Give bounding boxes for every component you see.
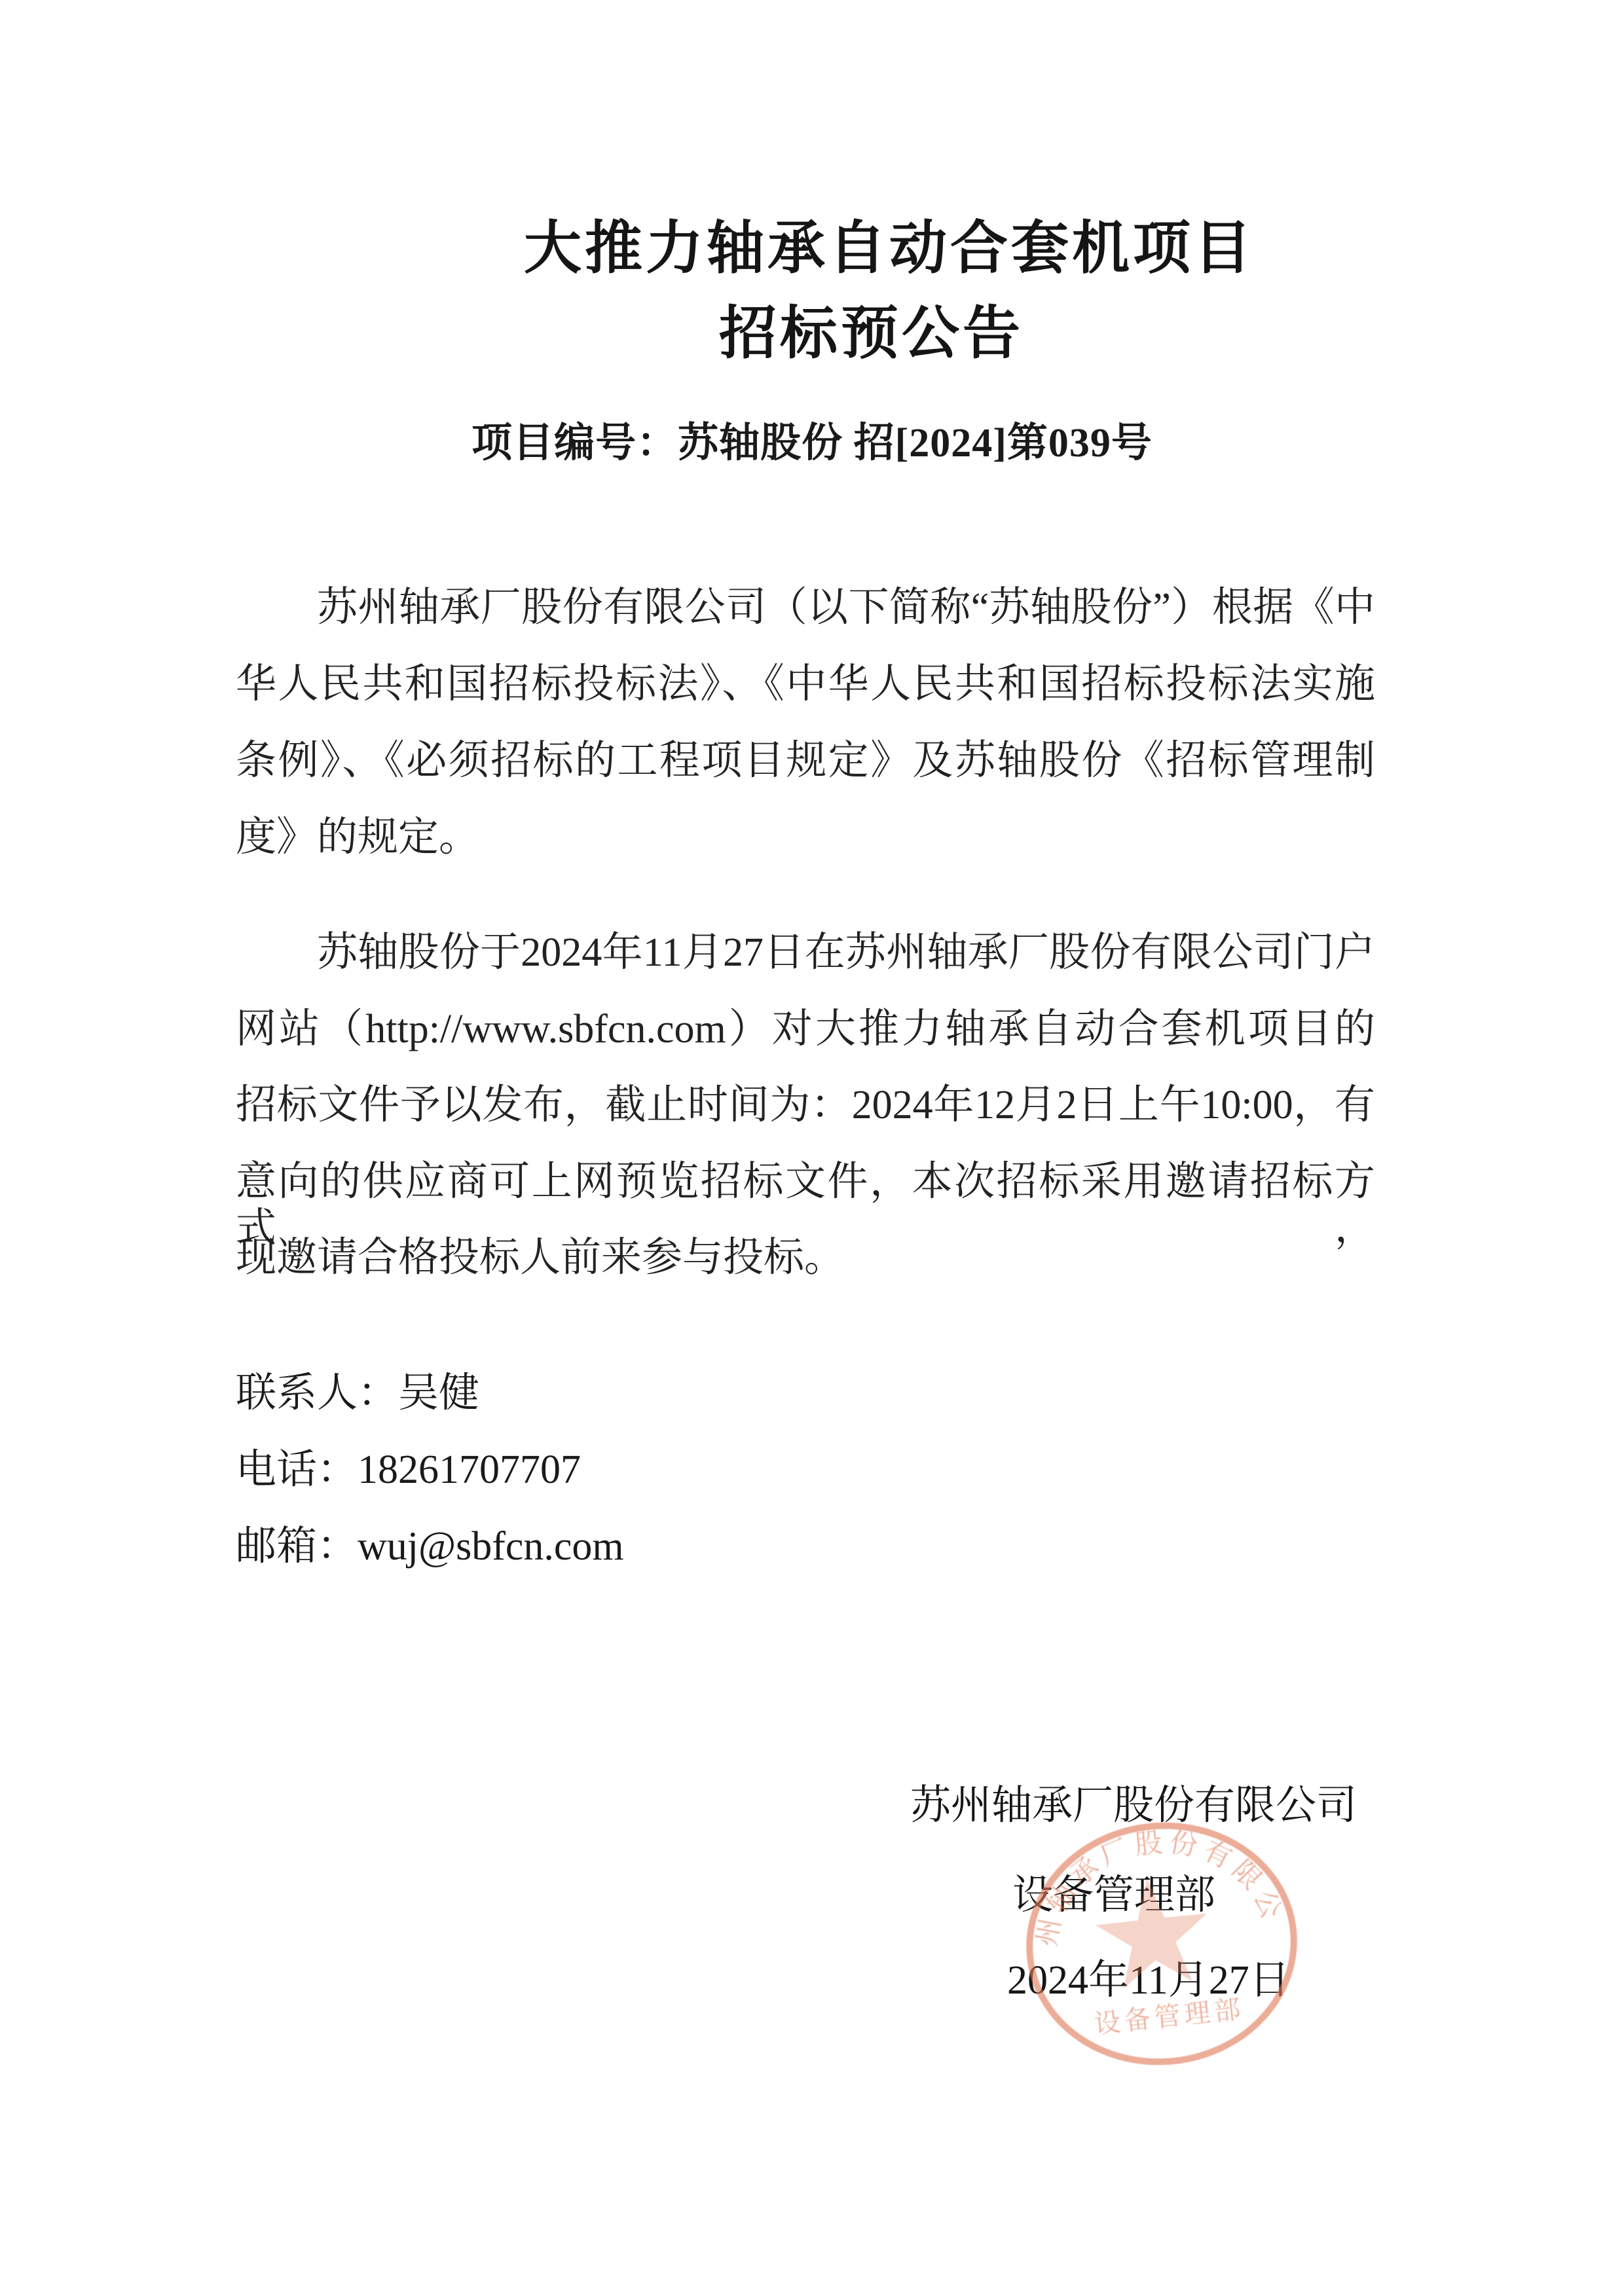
document-page: 大推力轴承自动合套机项目 招标预公告 项目编号：苏轴股份 招[2024]第039…	[0, 0, 1624, 2296]
document-title-line1: 大推力轴承自动合套机项目	[524, 216, 1255, 282]
project-number: 项目编号：苏轴股份 招[2024]第039号	[0, 420, 1624, 467]
contact-person-line: 联系人：吴健	[236, 1370, 479, 1417]
seal-bottom-text: 设备管理部	[1093, 1994, 1246, 2039]
paragraph2-line-3: 招标文件予以发布，截止时间为：2024年12月2日上午10:00，有	[236, 1082, 1375, 1129]
paragraph1-line-2: 华人民共和国招标投标法》、《中华人民共和国招标投标法实施	[236, 661, 1375, 708]
contact-phone-line: 电话：18261707707	[236, 1447, 581, 1493]
paragraph1-line-4: 度》的规定。	[236, 814, 1375, 861]
paragraph1-line-1: 苏州轴承厂股份有限公司（以下简称“苏轴股份”）根据《中	[236, 585, 1375, 631]
company-seal-stamp: 苏州轴承厂股份有限公司 设备管理部	[1010, 1805, 1313, 2083]
document-title-line2: 招标预公告	[719, 301, 1024, 367]
contact-email-line: 邮箱：wuj@sbfcn.com	[236, 1523, 624, 1570]
paragraph2-line-5: 现邀请合格投标人前来参与投标。	[236, 1235, 1375, 1281]
star-icon	[1091, 1873, 1213, 1991]
paragraph1-line-3: 条例》、《必须招标的工程项目规定》及苏轴股份《招标管理制	[236, 738, 1375, 784]
paragraph2-line-1: 苏轴股份于2024年11月27日在苏州轴承厂股份有限公司门户	[236, 930, 1375, 976]
paragraph2-line-2: 网站（http://www.sbfcn.com）对大推力轴承自动合套机项目的	[236, 1006, 1375, 1053]
